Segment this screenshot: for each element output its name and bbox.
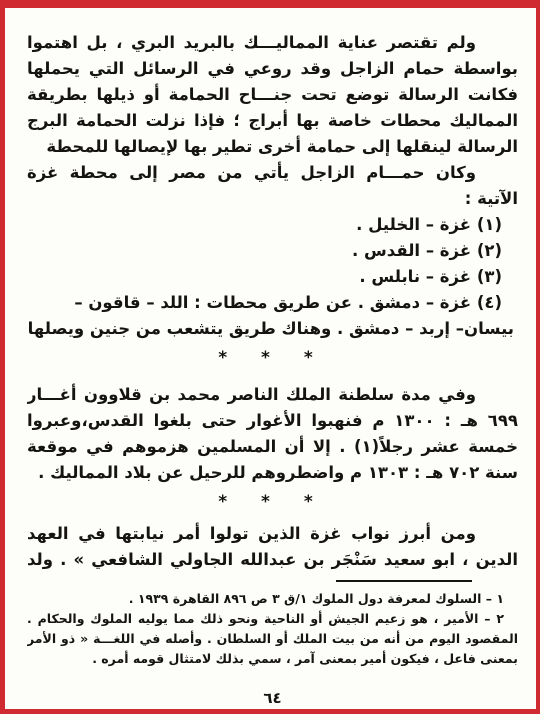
text-line: ولم تقتصر عناية المماليـــك بالبريد البر… xyxy=(27,30,518,56)
text-line: الدين ، ابو سعيد سَنْجَر بن عبدالله الجا… xyxy=(27,547,518,573)
route-item: (١) غزة – الخليل . xyxy=(27,212,518,238)
stars-separator: * * * xyxy=(27,349,518,367)
footnote-rule xyxy=(336,580,472,582)
footnotes: ١ – السلوك لمعرفة دول الملوك ١/ق ٣ ص ٨٩٦… xyxy=(27,589,518,669)
text-line: فكانت الرسالة توضع تحت جنـــاح الحمامة أ… xyxy=(27,82,518,108)
paragraph-gaza-governors: ومن أبرز نواب غزة الذين تولوا أمر نيابته… xyxy=(27,521,518,573)
text-line: ٦٩٩ هـ : ١٣٠٠ م فنهبوا الأغوار حتى بلغوا… xyxy=(27,408,518,434)
text-line: ومن أبرز نواب غزة الذين تولوا أمر نيابته… xyxy=(27,521,518,547)
text-line: المماليك محطات خاصة بها أبراج ؛ فإذا نزل… xyxy=(27,108,518,134)
scanned-book-page: ولم تقتصر عناية المماليـــك بالبريد البر… xyxy=(0,0,544,720)
footnote-2: ٢ – الأمير ، هو زعيم الجيش أو الناحية ون… xyxy=(27,609,518,669)
pigeon-routes-list: (١) غزة – الخليل . (٢) غزة – القدس . (٣)… xyxy=(27,212,518,342)
paragraph-gaza-lines: وكان حمـــام الزاجل يأتي من مصر إلى محطة… xyxy=(27,160,518,212)
footnote-1: ١ – السلوك لمعرفة دول الملوك ١/ق ٣ ص ٨٩٦… xyxy=(27,589,518,609)
route-item: (٤) غزة – دمشق . عن طريق محطات : اللد – … xyxy=(27,290,518,316)
route-item-continuation: بيسان– إربد – دمشق . وهناك طريق يتشعب من… xyxy=(27,316,518,342)
stars-separator: * * * xyxy=(27,493,518,511)
page-number: ٦٤ xyxy=(27,685,518,711)
text-line: سنة ٧٠٢ هـ : ١٣٠٣ م واضطروهم للرحيل عن ب… xyxy=(27,460,518,486)
text-line: وفي مدة سلطنة الملك الناصر محمد بن قلاوو… xyxy=(27,382,518,408)
footnote-line: المقصود اليوم من أنه من بيت الملك أو الس… xyxy=(27,629,518,649)
route-item: (٣) غزة – نابلس . xyxy=(27,264,518,290)
text-line: الآتية : xyxy=(27,186,518,212)
text-line: الرسالة لينقلها إلى حمامة أخرى تطير بها … xyxy=(27,134,518,160)
text-line: وكان حمـــام الزاجل يأتي من مصر إلى محطة… xyxy=(27,160,518,186)
text-line: خمسة عشر رجلاً(١) . إلا أن المسلمين هزمو… xyxy=(27,434,518,460)
paragraph-tatar-raid: وفي مدة سلطنة الملك الناصر محمد بن قلاوو… xyxy=(27,382,518,486)
footnote-line: ٢ – الأمير ، هو زعيم الجيش أو الناحية ون… xyxy=(27,609,518,629)
footnote-line: ١ – السلوك لمعرفة دول الملوك ١/ق ٣ ص ٨٩٦… xyxy=(27,589,518,609)
text-line: بواسطة حمام الزاجل وقد روعي في الرسائل ا… xyxy=(27,56,518,82)
route-item: (٢) غزة – القدس . xyxy=(27,238,518,264)
footnote-line: بمعنى فاعل ، فيكون أمير بمعنى آمر ، سمي … xyxy=(27,649,518,669)
paragraph-pigeon-post: ولم تقتصر عناية المماليـــك بالبريد البر… xyxy=(27,30,518,160)
page-text: ولم تقتصر عناية المماليـــك بالبريد البر… xyxy=(27,30,518,711)
